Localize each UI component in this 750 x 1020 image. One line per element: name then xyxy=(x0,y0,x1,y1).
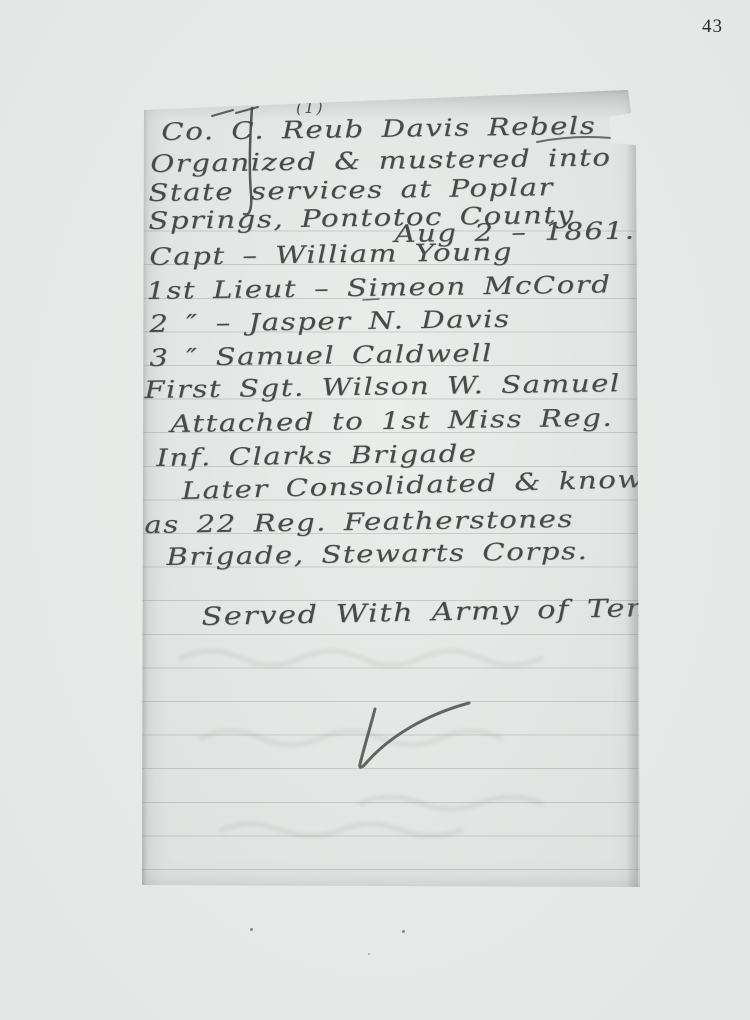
infantry-brigade-line: Inf. Clarks Brigade xyxy=(156,439,478,472)
second-lieutenant-line: 2 ″ – Jasper N. Davis xyxy=(149,305,511,338)
ink-speck xyxy=(250,928,253,931)
annotation-number: (1) xyxy=(296,98,325,117)
page-number: 43 xyxy=(702,16,723,38)
ink-speck xyxy=(402,930,405,933)
scanned-page: (1) Co. C. Reub Davis Rebels Organized &… xyxy=(141,88,641,889)
captain-line: Capt – William Young xyxy=(149,238,513,271)
corner-tick-mark xyxy=(618,128,622,135)
ink-speck xyxy=(368,953,370,955)
double-dash-mark xyxy=(212,107,258,116)
scan-background: 43 (1) Co. C. Reub Davis Rebels Organize… xyxy=(0,0,750,1020)
third-lieutenant-line: 3 ″ Samuel Caldwell xyxy=(149,339,493,372)
company-title-line: Co. C. Reub Davis Rebels xyxy=(161,112,596,146)
